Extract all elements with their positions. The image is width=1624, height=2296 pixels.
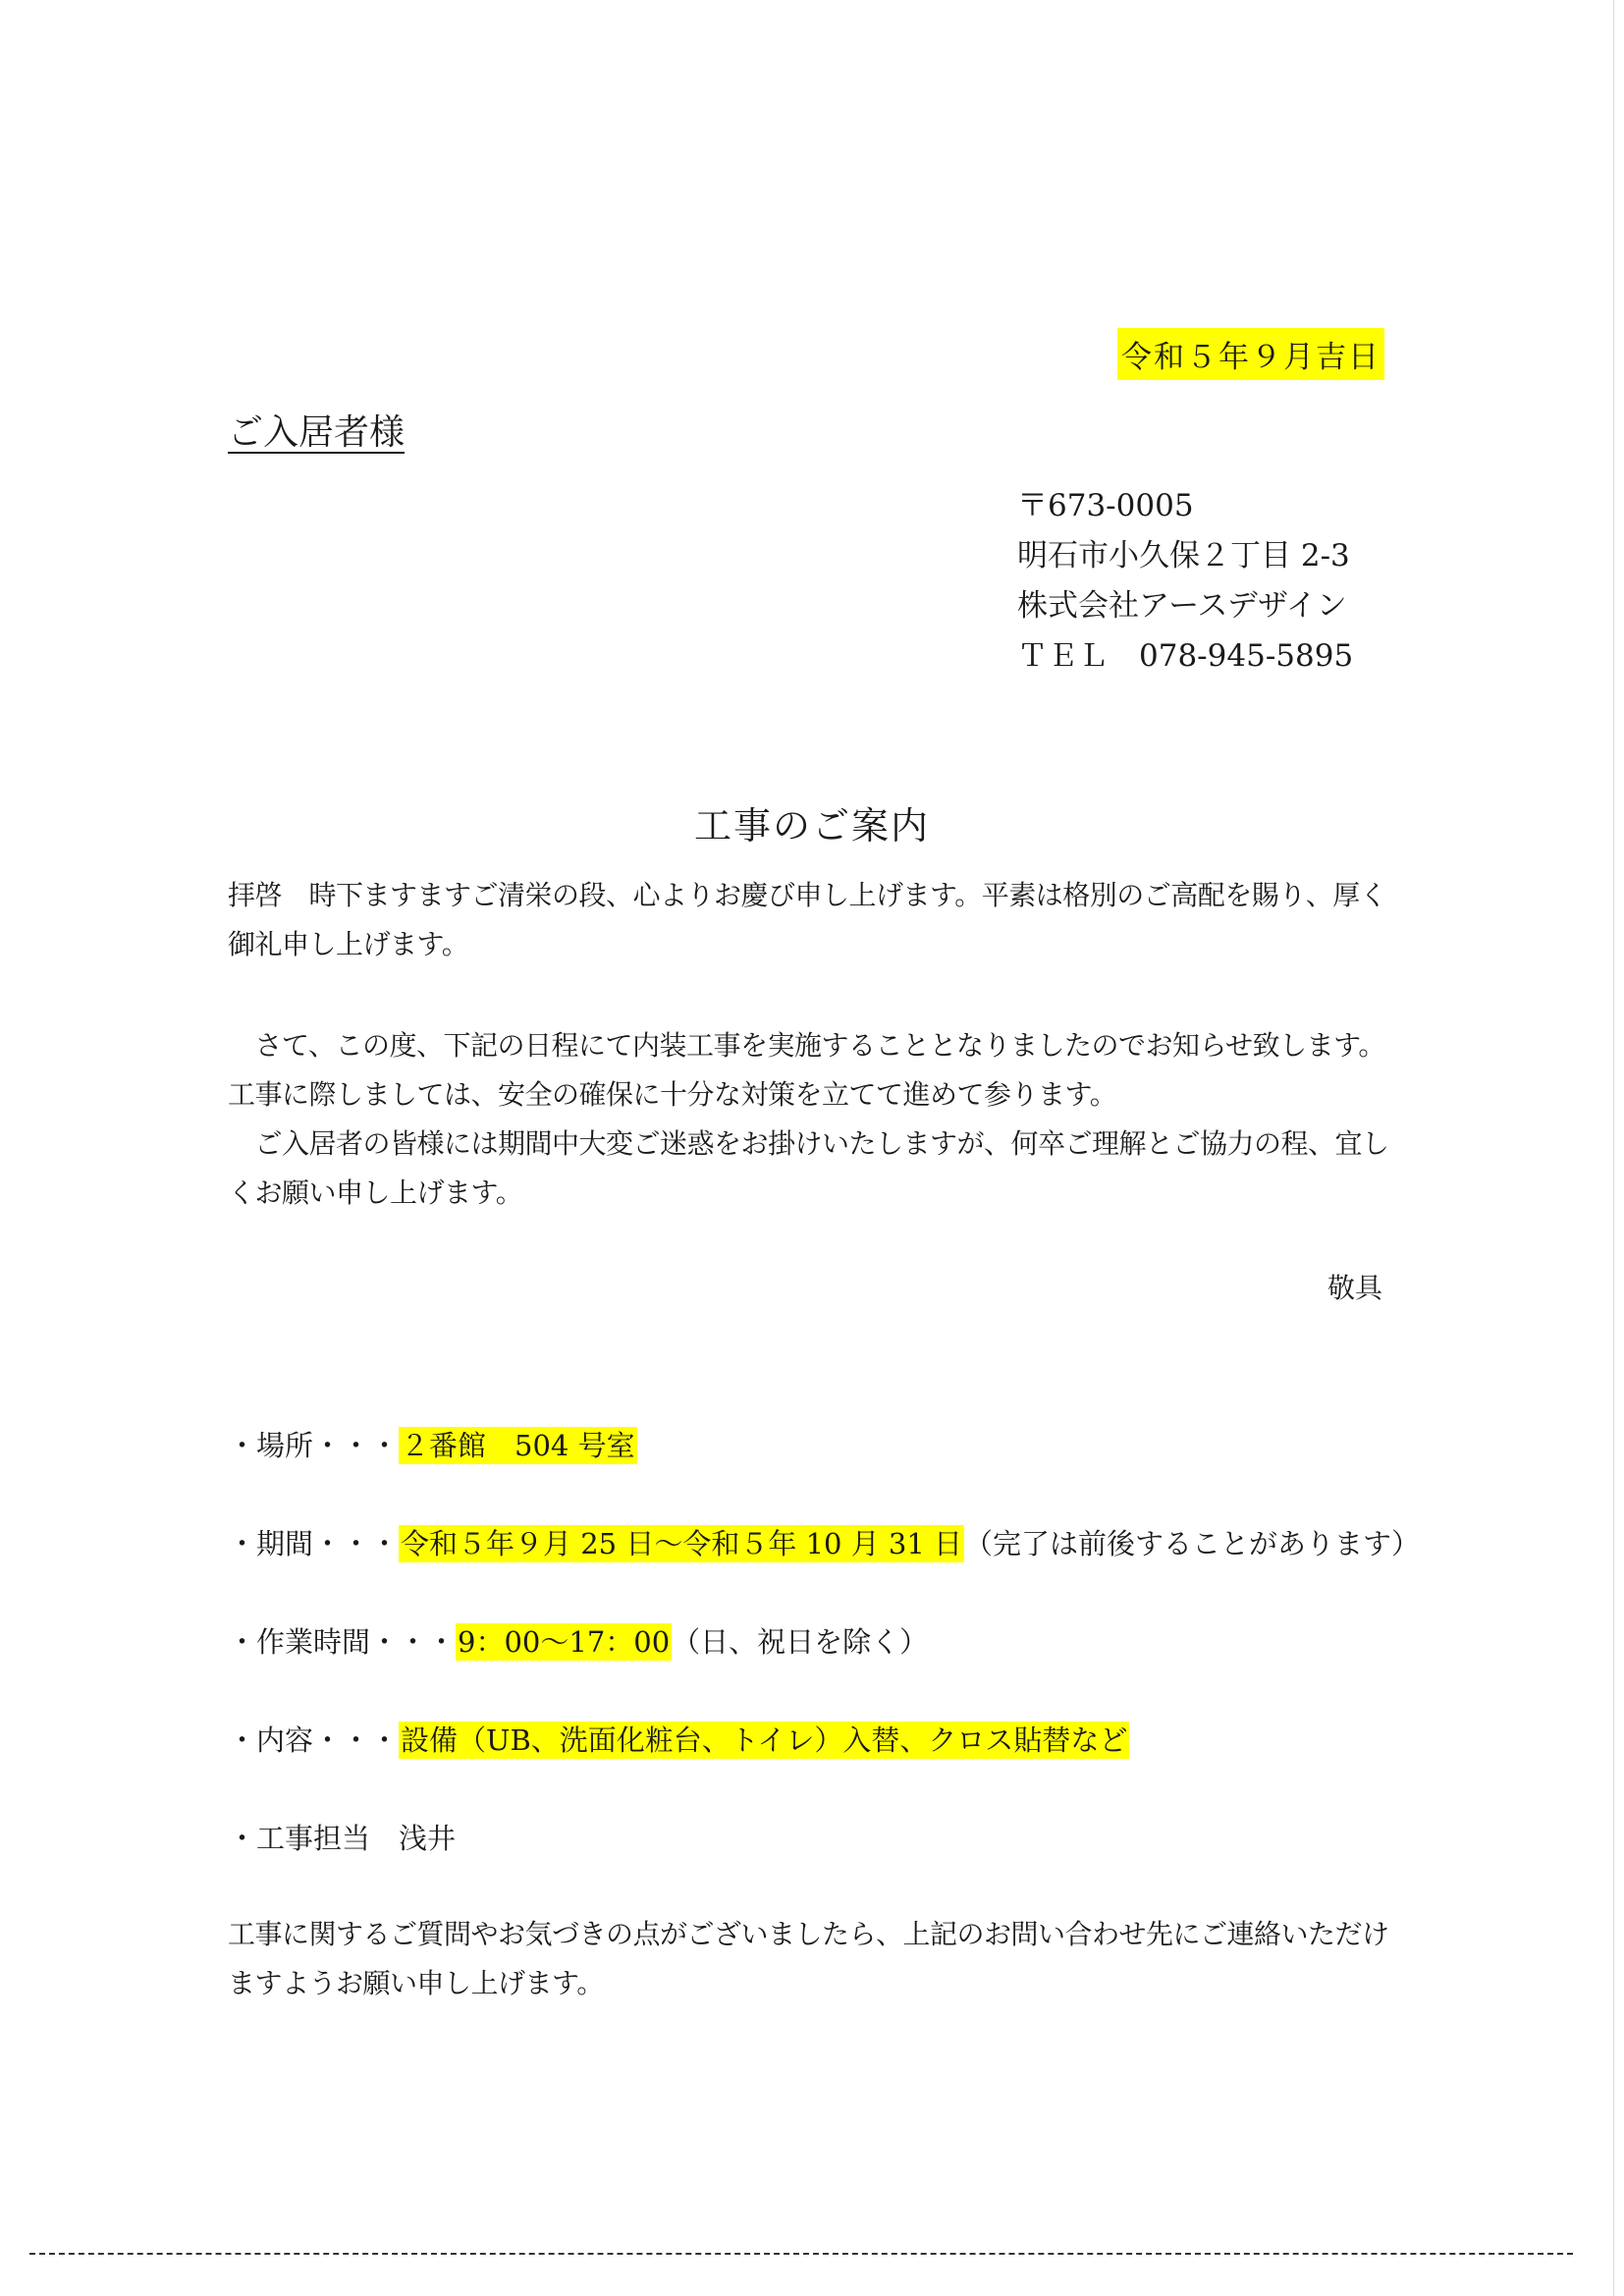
item-value: 設備（UB、洗面化粧台、トイレ）入替、クロス貼替など xyxy=(399,1722,1129,1759)
sender-block: 〒673-0005 明石市小久保２丁目 2-3 株式会社アースデザイン ＴＥＬ … xyxy=(1017,481,1353,682)
item-period: ・期間・・・令和５年９月 25 日～令和５年 10 月 31 日（完了は前後する… xyxy=(228,1522,1420,1562)
item-note: （日、祝日を除く） xyxy=(672,1625,928,1659)
sender-tel: ＴＥＬ 078-945-5895 xyxy=(1017,631,1353,682)
closing-word: 敬具 xyxy=(1327,1267,1382,1306)
item-label: ・作業時間・・・ xyxy=(228,1625,456,1659)
item-label: ・内容・・・ xyxy=(228,1723,399,1757)
item-person-in-charge: ・工事担当 浅井 xyxy=(228,1817,456,1857)
item-note: （完了は前後することがあります） xyxy=(964,1527,1420,1560)
notice-paragraph: さて、この度、下記の日程にて内装工事を実施することとなりましたのでお知らせ致しま… xyxy=(228,1021,1390,1218)
item-label: ・場所・・・ xyxy=(228,1429,399,1462)
greeting-paragraph: 拝啓 時下ますますご清栄の段、心よりお慶び申し上げます。平素は格別のご高配を賜り… xyxy=(228,871,1390,969)
sender-postal: 〒673-0005 xyxy=(1017,481,1353,531)
item-work-hours: ・作業時間・・・9：00～17：00（日、祝日を除く） xyxy=(228,1620,928,1661)
dashed-cut-line xyxy=(29,2253,1573,2255)
item-label: ・期間・・・ xyxy=(228,1527,399,1560)
item-value: 令和５年９月 25 日～令和５年 10 月 31 日 xyxy=(399,1525,964,1562)
issue-date: 令和５年９月吉日 xyxy=(1117,328,1384,380)
contact-paragraph: 工事に関するご質問やお気づきの点がございましたら、上記のお問い合わせ先にご連絡い… xyxy=(228,1910,1390,2008)
sender-address: 明石市小久保２丁目 2-3 xyxy=(1017,531,1353,581)
item-location: ・場所・・・２番館 504 号室 xyxy=(228,1424,637,1464)
item-value: ２番館 504 号室 xyxy=(399,1427,637,1464)
sender-company: 株式会社アースデザイン xyxy=(1017,581,1353,631)
document-title: 工事のご案内 xyxy=(0,795,1624,849)
item-value: 浅井 xyxy=(399,1822,456,1855)
recipient: ご入居者様 xyxy=(228,405,405,455)
scan-edge-line xyxy=(1613,0,1614,2296)
item-content: ・内容・・・設備（UB、洗面化粧台、トイレ）入替、クロス貼替など xyxy=(228,1719,1129,1759)
item-label: ・工事担当 xyxy=(228,1822,399,1855)
item-value: 9：00～17：00 xyxy=(456,1623,672,1661)
